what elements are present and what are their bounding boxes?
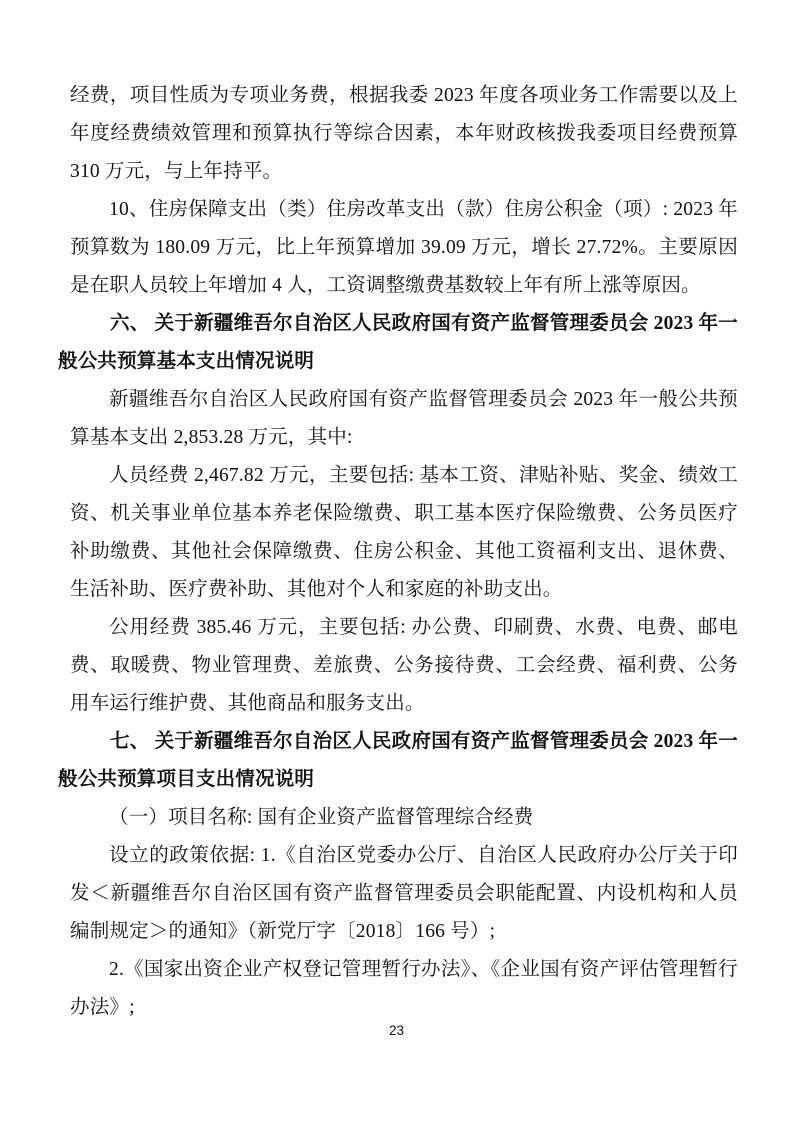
page-number: 23 [0,1022,793,1040]
paragraph-housing-security-expenditure: 10、住房保障支出（类）住房改革支出（款）住房公积金（项）: 2023 年预算数… [70,191,738,305]
paragraph-personnel-funds: 人员经费 2,467.82 万元，主要包括: 基本工资、津贴补贴、奖金、绩效工资… [70,457,738,609]
paragraph-project-budget-continuation: 经费，项目性质为专项业务费，根据我委 2023 年度各项业务工作需要以及上年度经… [70,77,738,191]
paragraph-policy-basis-1: 设立的政策依据: 1.《自治区党委办公厅、自治区人民政府办公厅关于印发＜新疆维吾… [70,837,738,951]
document-page: 经费，项目性质为专项业务费，根据我委 2023 年度各项业务工作需要以及上年度经… [0,0,793,1122]
heading-section-6-basic-expenditure: 六、 关于新疆维吾尔自治区人民政府国有资产监督管理委员会 2023 年一般公共预… [58,305,738,381]
paragraph-project-name: （一）项目名称: 国有企业资产监督管理综合经费 [70,799,738,837]
heading-section-7-project-expenditure: 七、 关于新疆维吾尔自治区人民政府国有资产监督管理委员会 2023 年一般公共预… [58,723,738,799]
paragraph-policy-basis-2: 2.《国家出资企业产权登记管理暂行办法》、《企业国有资产评估管理暂行办法》; [70,951,738,1027]
paragraph-public-funds: 公用经费 385.46 万元，主要包括: 办公费、印刷费、水费、电费、邮电费、取… [70,609,738,723]
paragraph-basic-expenditure-total: 新疆维吾尔自治区人民政府国有资产监督管理委员会 2023 年一般公共预算基本支出… [70,381,738,457]
